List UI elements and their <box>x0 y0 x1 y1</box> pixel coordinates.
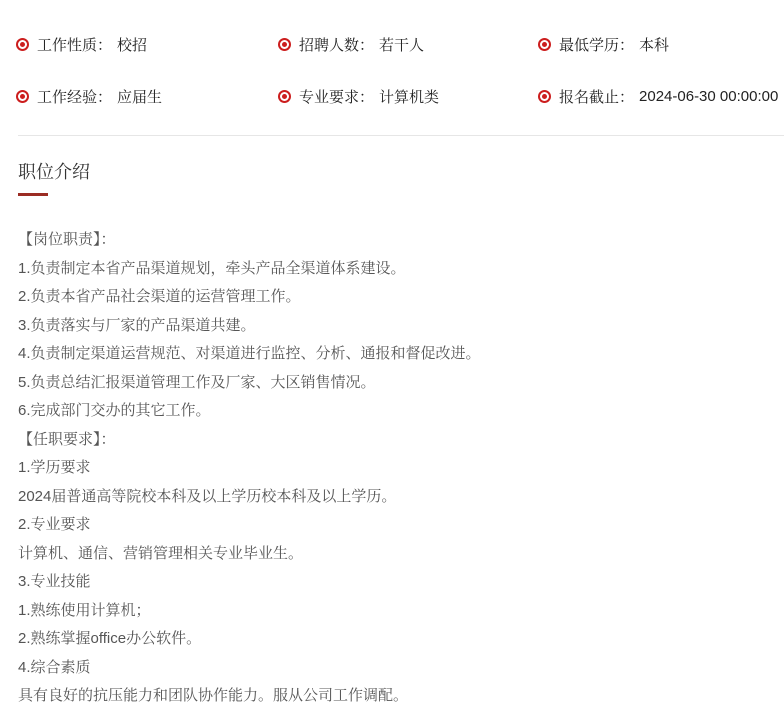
info-value: 本科 <box>639 34 669 55</box>
info-label: 工作经验： <box>37 86 112 107</box>
info-item-application-deadline: 报名截止： 2024-06-30 00:00:00 <box>538 88 784 104</box>
info-value: 若干人 <box>379 34 424 55</box>
job-description: 【岗位职责】： 1.负责制定本省产品渠道规划，牵头产品全渠道体系建设。 2.负责… <box>18 226 766 711</box>
info-value: 2024-06-30 00:00:00 <box>639 88 778 105</box>
radio-dot-icon-inner <box>20 42 25 47</box>
radio-dot-icon-inner <box>282 94 287 99</box>
description-line: 2.负责本省产品社会渠道的运营管理工作。 <box>18 283 766 312</box>
radio-dot-icon <box>538 90 551 103</box>
info-item-major-requirement: 专业要求： 计算机类 <box>278 88 538 104</box>
description-line: 【任职要求】： <box>18 426 766 455</box>
description-line: 6.完成部门交办的其它工作。 <box>18 397 766 426</box>
radio-dot-icon-inner <box>542 94 547 99</box>
section-divider <box>18 135 784 136</box>
info-item-work-experience: 工作经验： 应届生 <box>16 88 278 104</box>
radio-dot-icon <box>16 90 29 103</box>
info-label: 最低学历： <box>559 34 634 55</box>
info-value: 计算机类 <box>379 86 439 107</box>
radio-dot-icon <box>538 38 551 51</box>
info-value: 校招 <box>117 34 147 55</box>
job-detail-page: 工作性质： 校招 招聘人数： 若干人 最低学历： 本科 工作经验： 应届生 专业… <box>0 0 784 711</box>
description-line: 计算机、通信、营销管理相关专业毕业生。 <box>18 540 766 569</box>
radio-dot-icon-inner <box>282 42 287 47</box>
description-line: 1.负责制定本省产品渠道规划，牵头产品全渠道体系建设。 <box>18 255 766 284</box>
info-label: 专业要求： <box>299 86 374 107</box>
info-item-work-nature: 工作性质： 校招 <box>16 36 278 52</box>
info-item-min-education: 最低学历： 本科 <box>538 36 784 52</box>
description-line: 2.熟练掌握office办公软件。 <box>18 625 766 654</box>
description-line: 2.专业要求 <box>18 511 766 540</box>
radio-dot-icon-inner <box>542 42 547 47</box>
info-label: 工作性质： <box>37 34 112 55</box>
description-line: 1.学历要求 <box>18 454 766 483</box>
description-line: 1.熟练使用计算机； <box>18 597 766 626</box>
description-line: 3.负责落实与厂家的产品渠道共建。 <box>18 312 766 341</box>
info-label: 招聘人数： <box>299 34 374 55</box>
description-line: 具有良好的抗压能力和团队协作能力。服从公司工作调配。 <box>18 682 766 711</box>
description-line: 4.综合素质 <box>18 654 766 683</box>
description-line: 2024届普通高等院校本科及以上学历校本科及以上学历。 <box>18 483 766 512</box>
radio-dot-icon <box>278 38 291 51</box>
section-title-underline <box>18 193 48 196</box>
job-info-grid: 工作性质： 校招 招聘人数： 若干人 最低学历： 本科 工作经验： 应届生 专业… <box>0 0 784 104</box>
info-item-headcount: 招聘人数： 若干人 <box>278 36 538 52</box>
radio-dot-icon-inner <box>20 94 25 99</box>
radio-dot-icon <box>278 90 291 103</box>
description-line: 【岗位职责】： <box>18 226 766 255</box>
description-line: 3.专业技能 <box>18 568 766 597</box>
info-label: 报名截止： <box>559 86 634 107</box>
radio-dot-icon <box>16 38 29 51</box>
info-value: 应届生 <box>117 86 162 107</box>
section-title: 职位介绍 <box>18 162 784 183</box>
description-line: 5.负责总结汇报渠道管理工作及厂家、大区销售情况。 <box>18 369 766 398</box>
description-line: 4.负责制定渠道运营规范、对渠道进行监控、分析、通报和督促改进。 <box>18 340 766 369</box>
